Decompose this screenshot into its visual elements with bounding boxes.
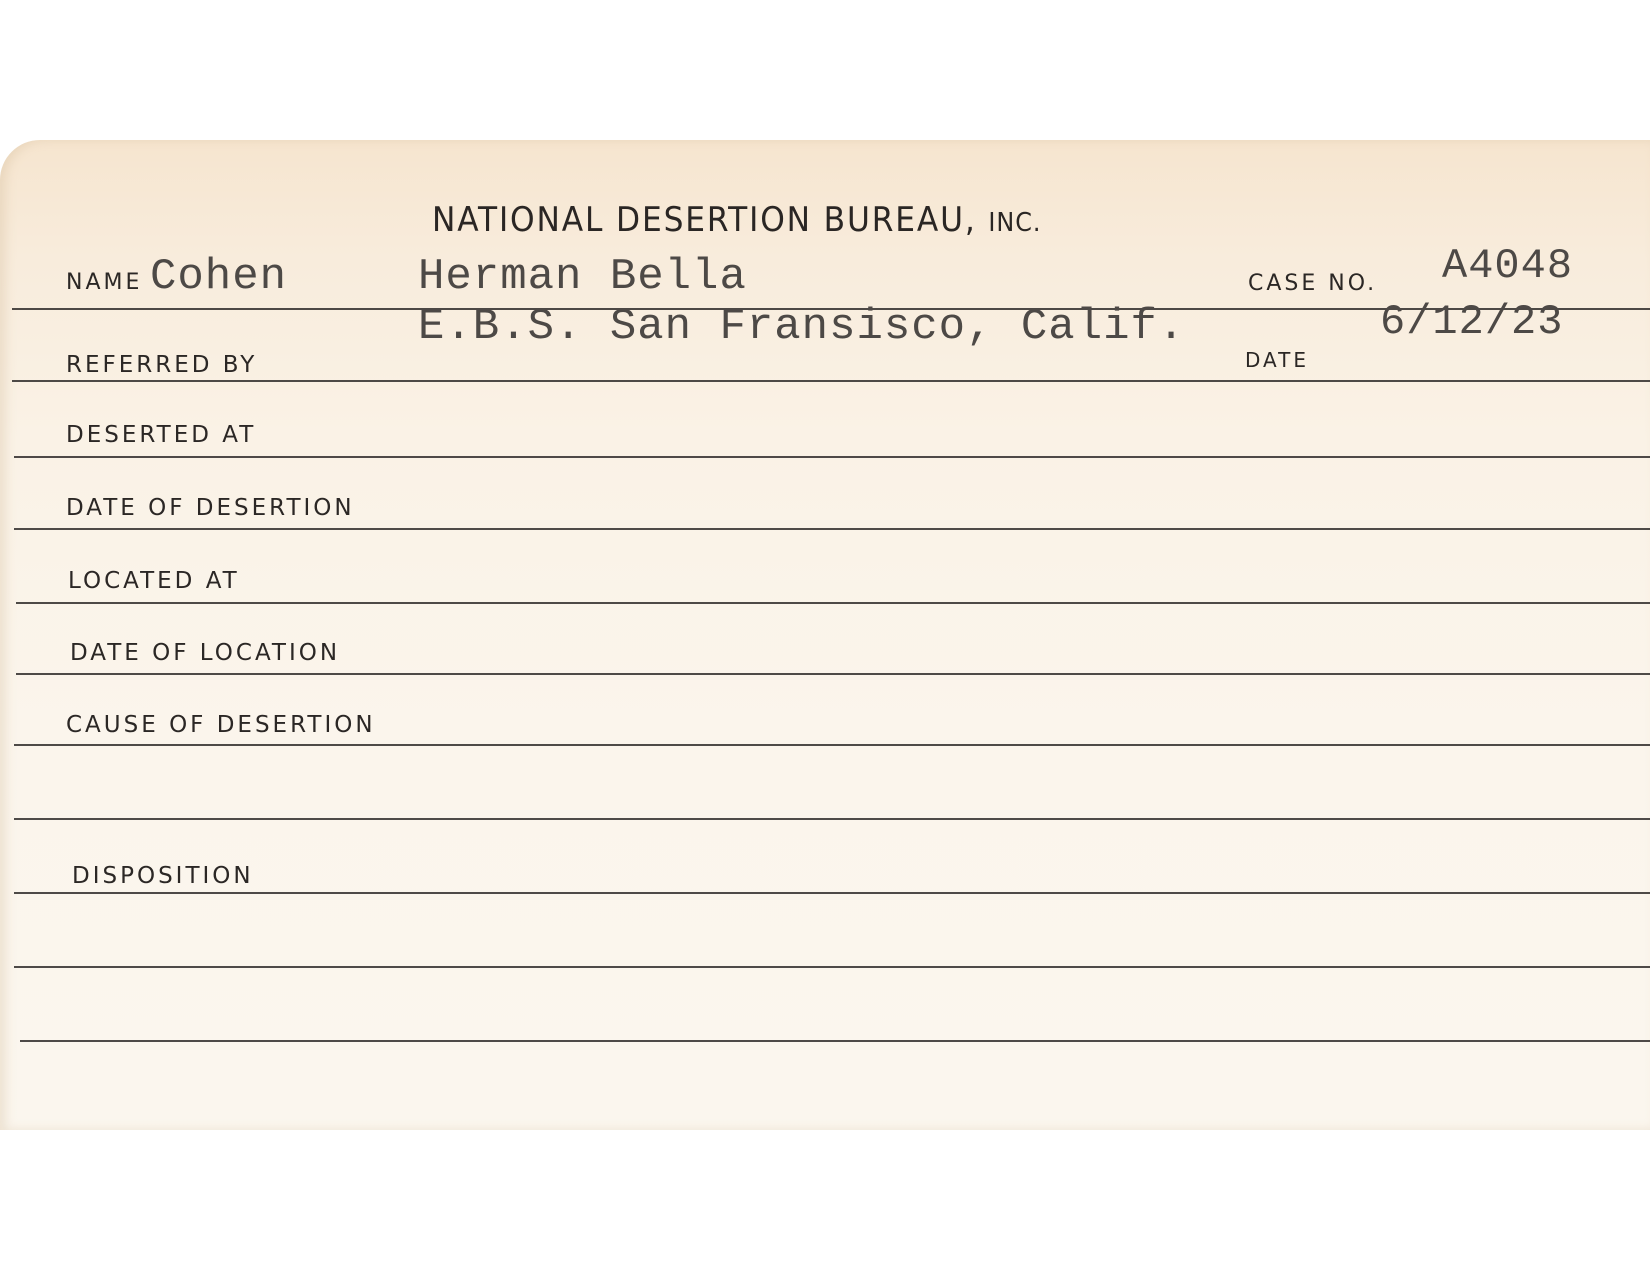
rule-7 [14,744,1650,746]
disposition-label: DISPOSITION [72,863,254,889]
cause-of-desertion-label: CAUSE OF DESERTION [66,712,376,738]
name-given-value: Herman Bella [418,252,747,302]
referred-by-label: REFERRED BY [66,352,257,378]
rule-2 [12,380,1650,382]
name-surname-value: Cohen [150,252,287,302]
card-heading: NATIONAL DESERTION BUREAU, INC. [432,200,1041,240]
rule-8 [14,818,1650,820]
rule-3 [14,456,1650,458]
case-no-label: CASE NO. [1248,271,1377,296]
date-of-location-label: DATE OF LOCATION [70,640,340,666]
rule-11 [20,1040,1650,1042]
name-label: NAME [66,270,142,295]
date-of-desertion-label: DATE OF DESERTION [66,495,355,521]
rule-9 [14,892,1650,894]
referred-by-value: E.B.S. San Fransisco, Calif. [418,302,1185,352]
date-value: 6/12/23 [1380,298,1563,346]
rule-6 [16,673,1650,675]
bureau-suffix: INC. [988,208,1041,238]
deserted-at-label: DESERTED AT [66,422,256,448]
located-at-label: LOCATED AT [68,568,240,594]
bureau-name: NATIONAL DESERTION BUREAU, [432,200,977,240]
rule-4 [14,528,1650,530]
index-card: NATIONAL DESERTION BUREAU, INC. NAME Coh… [0,140,1650,1130]
rule-5 [16,602,1650,604]
date-label: DATE [1245,348,1309,372]
case-no-value: A4048 [1442,242,1573,290]
rule-10 [14,966,1650,968]
